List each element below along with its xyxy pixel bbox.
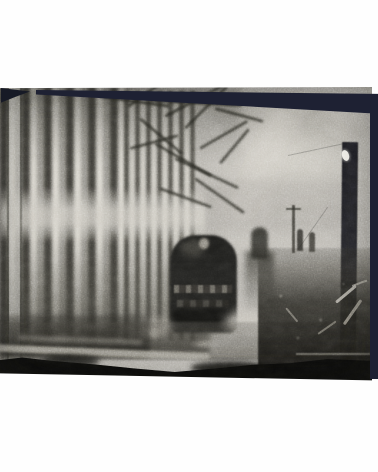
backdrop-strip-right [370, 95, 378, 379]
photobook-page [0, 0, 378, 472]
train-photograph [0, 87, 372, 381]
film-grain-coarse [0, 87, 372, 381]
